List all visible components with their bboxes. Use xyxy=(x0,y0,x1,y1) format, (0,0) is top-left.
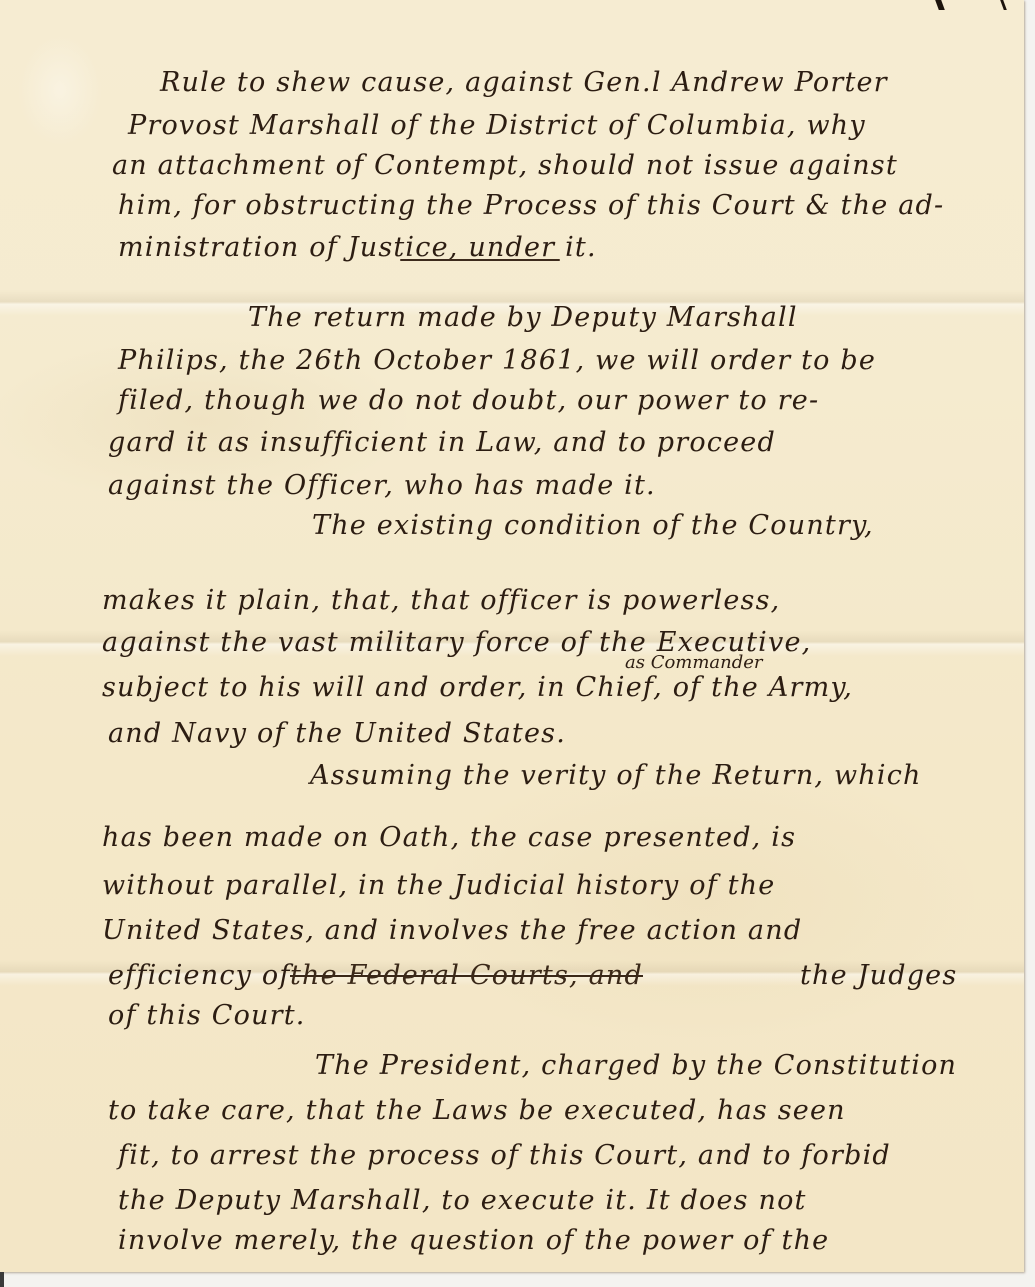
paragraph-line: the Deputy Marshall, to execute it. It d… xyxy=(118,1185,807,1216)
paragraph-line: of this Court. xyxy=(108,1000,306,1031)
inserted-text: as Commander xyxy=(625,652,763,673)
paragraph-line: fit, to arrest the process of this Court… xyxy=(118,1140,891,1171)
paragraph-line: The existing condition of the Country, xyxy=(312,510,874,541)
manuscript-page: Rule to shew cause, against Gen.l Andrew… xyxy=(0,0,1024,1272)
paragraph-line: gard it as insufficient in Law, and to p… xyxy=(108,427,776,458)
ink-mark xyxy=(935,0,945,10)
paragraph-line: without parallel, in the Judicial histor… xyxy=(102,870,776,901)
paragraph-line: involve merely, the question of the powe… xyxy=(118,1225,829,1256)
paragraph-line: the Judges xyxy=(800,960,957,991)
paragraph-line: and Navy of the United States. xyxy=(108,718,566,749)
paragraph-line: against the Officer, who has made it. xyxy=(108,470,656,501)
paragraph-line: United States, and involves the free act… xyxy=(102,915,802,946)
paragraph-line: The President, charged by the Constituti… xyxy=(315,1050,957,1081)
ink-mark xyxy=(1000,0,1007,10)
separator-rule xyxy=(400,259,560,261)
paragraph-line: filed, though we do not doubt, our power… xyxy=(118,385,819,416)
paragraph-line: to take care, that the Laws be executed,… xyxy=(108,1095,846,1126)
heading-line: an attachment of Contempt, should not is… xyxy=(112,150,898,181)
paragraph-line: makes it plain, that, that officer is po… xyxy=(102,585,780,616)
page-edge-shadow xyxy=(0,1272,4,1287)
heading-line: him, for obstructing the Process of this… xyxy=(118,190,944,221)
paragraph-line: The return made by Deputy Marshall xyxy=(248,302,798,333)
paragraph-line: subject to his will and order, in Chief,… xyxy=(102,672,853,703)
struck-text: the Federal Courts, and xyxy=(290,960,643,991)
paragraph-line: Philips, the 26th October 1861, we will … xyxy=(118,345,876,376)
paragraph-line: efficiency of xyxy=(108,960,291,991)
heading-line: Rule to shew cause, against Gen.l Andrew… xyxy=(160,67,888,98)
paragraph-line: has been made on Oath, the case presente… xyxy=(102,822,796,853)
heading-line: Provost Marshall of the District of Colu… xyxy=(128,110,866,141)
paragraph-line: Assuming the verity of the Return, which xyxy=(310,760,922,791)
